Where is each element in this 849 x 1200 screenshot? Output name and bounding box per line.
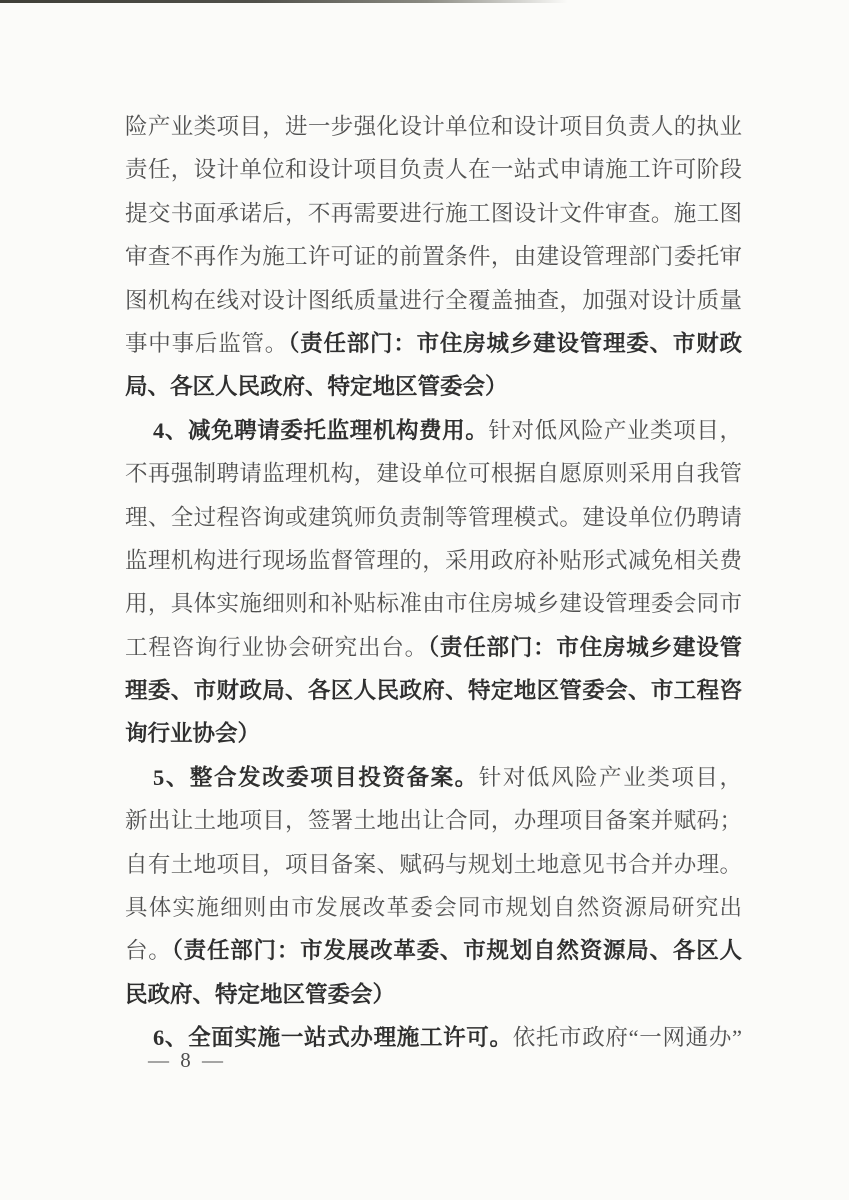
document-line: 用，具体实施细则和补贴标准由市住房城乡建设管理委会同市 — [125, 582, 742, 625]
text-segment: 图机构在线对设计图纸质量进行全覆盖抽查，加强对设计质量 — [125, 288, 742, 313]
document-line: 监理机构进行现场监督管理的，采用政府补贴形式减免相关费 — [125, 539, 742, 582]
document-line: 不再强制聘请监理机构，建设单位可根据自愿原则采用自我管 — [125, 452, 742, 495]
page-number: — 8 — — [148, 1048, 226, 1073]
document-page: 险产业类项目，进一步强化设计单位和设计项目负责人的执业责任，设计单位和设计项目负… — [0, 0, 849, 1200]
text-segment-bold: 民政府、特定地区管委会） — [125, 982, 395, 1007]
document-line: 新出让土地项目，签署土地出让合同，办理项目备案并赋码； — [125, 799, 742, 842]
document-line: 自有土地项目，项目备案、赋码与规划土地意见书合并办理。 — [125, 843, 742, 886]
text-segment: 责任，设计单位和设计项目负责人在一站式申请施工许可阶段 — [125, 157, 742, 182]
text-segment: 工程咨询行业协会研究出台。 — [125, 635, 428, 660]
document-line: 审查不再作为施工许可证的前置条件，由建设管理部门委托审 — [125, 235, 742, 278]
text-segment: 自有土地项目，项目备案、赋码与规划土地意见书合并办理。 — [125, 852, 742, 877]
text-segment: 针对低风险产业类项目， — [479, 765, 742, 790]
text-segment: 审查不再作为施工许可证的前置条件，由建设管理部门委托审 — [125, 244, 742, 269]
text-segment: 用，具体实施细则和补贴标准由市住房城乡建设管理委会同市 — [125, 591, 742, 616]
text-segment-bold: 理委、市财政局、各区人民政府、特定地区管委会、市工程咨 — [125, 678, 742, 703]
text-segment: 具体实施细则由市发展改革委会同市规划自然资源局研究出 — [125, 895, 742, 920]
document-line: 民政府、特定地区管委会） — [125, 973, 742, 1016]
document-line: 责任，设计单位和设计项目负责人在一站式申请施工许可阶段 — [125, 148, 742, 191]
text-segment: 监理机构进行现场监督管理的，采用政府补贴形式减免相关费 — [125, 548, 742, 573]
document-line: 台。（责任部门：市发展改革委、市规划自然资源局、各区人 — [125, 929, 742, 972]
text-segment: 险产业类项目，进一步强化设计单位和设计项目负责人的执业 — [125, 114, 742, 139]
document-line: 局、各区人民政府、特定地区管委会） — [125, 365, 742, 408]
text-segment-bold: 4、减免聘请委托监理机构费用。 — [153, 418, 488, 443]
text-segment-bold: 询行业协会） — [125, 721, 260, 746]
text-segment-bold: 6、全面实施一站式办理施工许可。 — [153, 1025, 513, 1050]
text-segment: 事中事后监管。 — [125, 331, 288, 356]
text-segment-bold: （责任部门：市住房城乡建设管理委、市财政 — [288, 331, 742, 356]
scan-artifact-line — [0, 0, 568, 3]
text-segment: 针对低风险产业类项目， — [488, 418, 742, 443]
text-segment: 依托市政府“一网通办” — [513, 1025, 742, 1050]
document-line: 图机构在线对设计图纸质量进行全覆盖抽查，加强对设计质量 — [125, 279, 742, 322]
text-segment: 新出让土地项目，签署土地出让合同，办理项目备案并赋码； — [125, 808, 742, 833]
text-segment-bold: （责任部门：市住房城乡建设管 — [428, 635, 742, 660]
text-segment-bold: 5、整合发改委项目投资备案。 — [153, 765, 479, 790]
document-line: 提交书面承诺后，不再需要进行施工图设计文件审查。施工图 — [125, 192, 742, 235]
document-line: 理委、市财政局、各区人民政府、特定地区管委会、市工程咨 — [125, 669, 742, 712]
text-segment: 提交书面承诺后，不再需要进行施工图设计文件审查。施工图 — [125, 201, 742, 226]
text-segment: 不再强制聘请监理机构，建设单位可根据自愿原则采用自我管 — [125, 461, 742, 486]
text-segment: 理、全过程咨询或建筑师负责制等管理模式。建设单位仍聘请 — [125, 505, 742, 530]
text-segment-bold: （责任部门：市发展改革委、市规划自然资源局、各区人 — [172, 938, 742, 963]
document-line: 理、全过程咨询或建筑师负责制等管理模式。建设单位仍聘请 — [125, 496, 742, 539]
document-line: 工程咨询行业协会研究出台。（责任部门：市住房城乡建设管 — [125, 626, 742, 669]
document-line: 5、整合发改委项目投资备案。针对低风险产业类项目， — [125, 756, 742, 799]
text-segment-bold: 局、各区人民政府、特定地区管委会） — [125, 374, 508, 399]
document-line: 险产业类项目，进一步强化设计单位和设计项目负责人的执业 — [125, 105, 742, 148]
document-line: 4、减免聘请委托监理机构费用。针对低风险产业类项目， — [125, 409, 742, 452]
document-line: 具体实施细则由市发展改革委会同市规划自然资源局研究出 — [125, 886, 742, 929]
document-text-block: 险产业类项目，进一步强化设计单位和设计项目负责人的执业责任，设计单位和设计项目负… — [125, 105, 742, 1060]
document-line: 事中事后监管。（责任部门：市住房城乡建设管理委、市财政 — [125, 322, 742, 365]
text-segment: 台。 — [125, 938, 172, 963]
document-line: 询行业协会） — [125, 712, 742, 755]
